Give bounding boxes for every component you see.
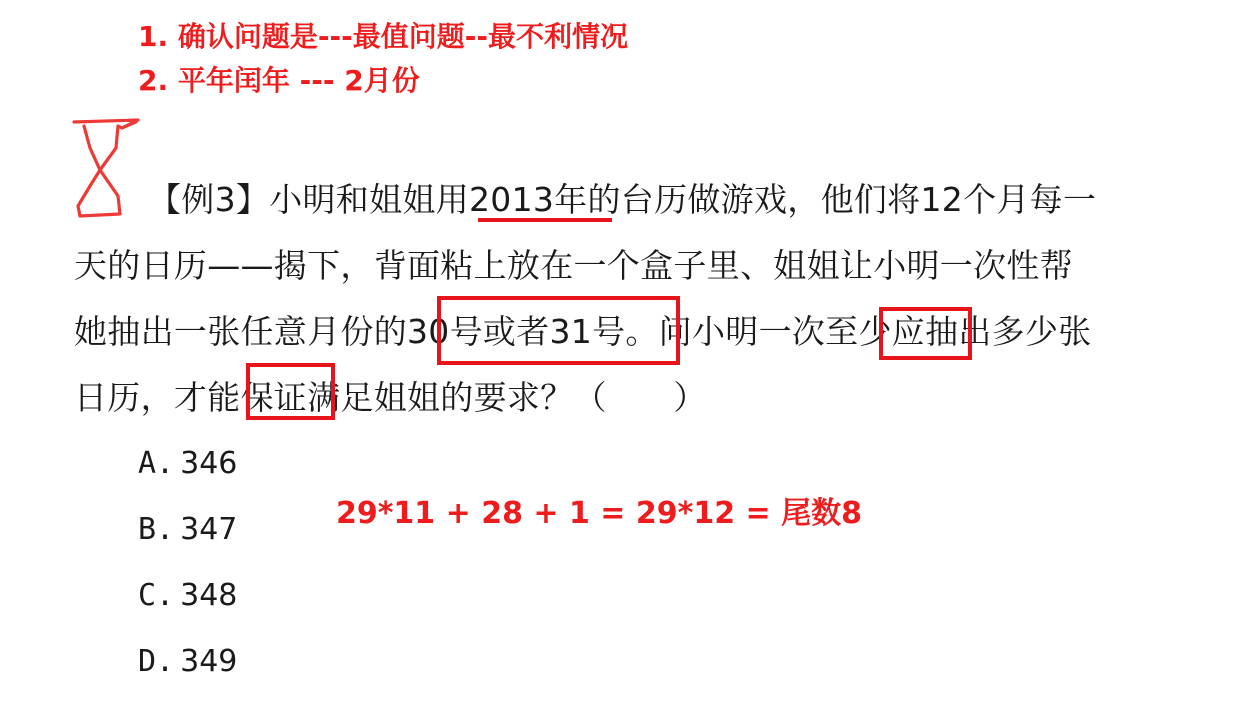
option-a[interactable]: A.346	[138, 446, 237, 482]
underline-2013-year	[478, 218, 612, 222]
hourglass-sketch-icon	[70, 114, 150, 220]
question-line-2: 天的日历——揭下，背面粘上放在一个盒子里、姐姐让小明一次性帮	[74, 244, 1073, 288]
option-value: 349	[180, 644, 237, 679]
option-value: 347	[180, 512, 237, 547]
question-line-1: 【例3】小明和姐姐用2013年的台历做游戏，他们将12个月每一	[148, 178, 1096, 222]
calculation-note: 29*11 + 28 + 1 = 29*12 = 尾数8	[336, 494, 862, 534]
question-line-4: 日历，才能保证满足姐姐的要求？（ ）	[74, 376, 707, 420]
option-c[interactable]: C.348	[138, 578, 237, 614]
option-value: 348	[180, 578, 237, 613]
option-b[interactable]: B.347	[138, 512, 237, 548]
question-line-3: 她抽出一张任意月份的30号或者31号。问小明一次至少应抽出多少张	[74, 310, 1092, 354]
note-2: 2. 平年闰年 --- 2月份	[138, 64, 420, 98]
option-letter: C.	[138, 578, 174, 613]
option-letter: D.	[138, 644, 174, 679]
example-label: 【例3】	[148, 180, 269, 219]
option-letter: A.	[138, 446, 174, 481]
option-value: 346	[180, 446, 237, 481]
question-text-1: 小明和姐姐用2013年的台历做游戏，他们将12个月每一	[269, 180, 1096, 219]
note-1: 1. 确认问题是---最值问题--最不利情况	[138, 20, 628, 54]
option-d[interactable]: D.349	[138, 644, 237, 680]
option-letter: B.	[138, 512, 174, 547]
